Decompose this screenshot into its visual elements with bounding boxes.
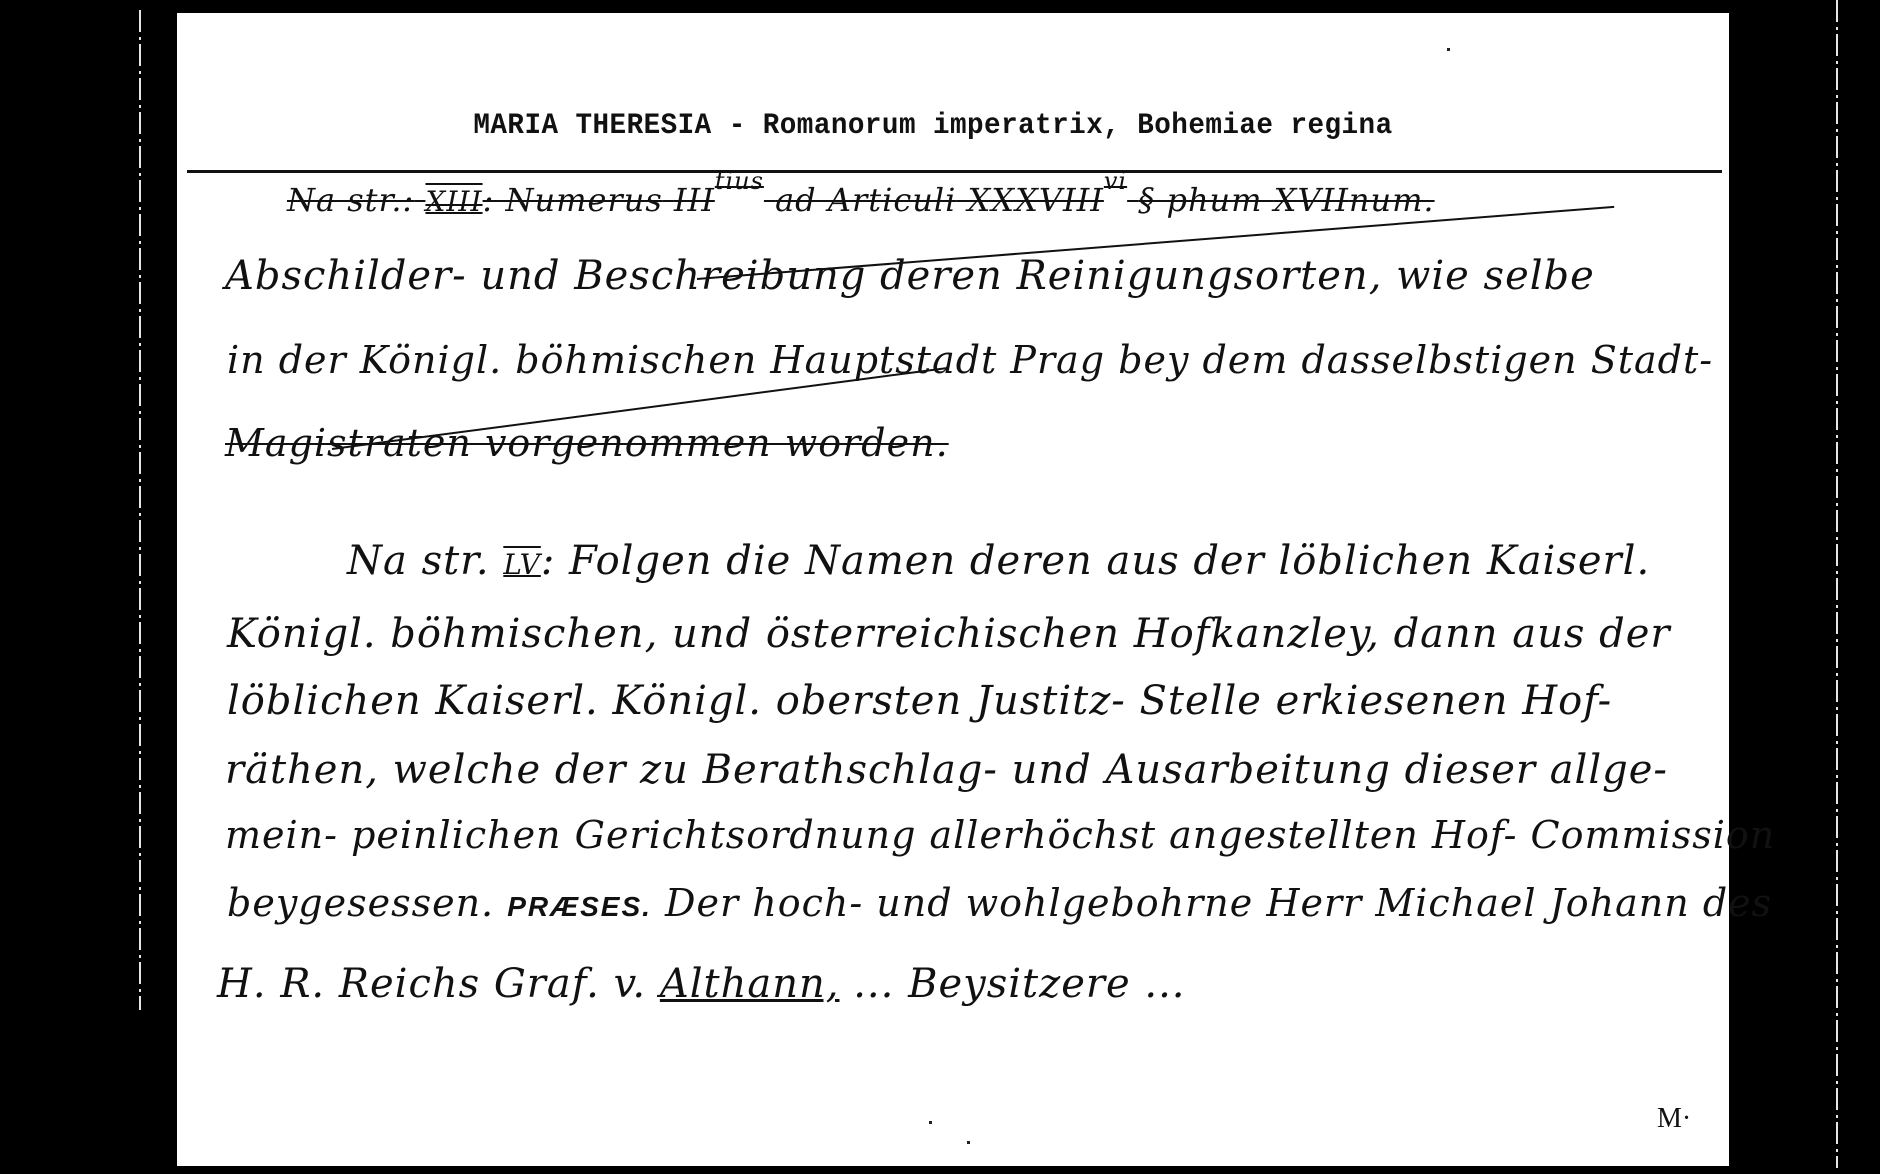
- praeses-label: PRÆSES.: [507, 891, 652, 922]
- page-reference-prefix: Na str.:: [287, 181, 414, 219]
- paragraph-1-line-1: Na str.: XIII: Numerus IIItius ad Articu…: [287, 181, 1435, 219]
- roman-numeral: XIII: [425, 185, 482, 218]
- line-text: ad Articuli: [775, 181, 956, 219]
- line-text: § phum: [1138, 181, 1262, 219]
- paragraph-2-line-4: räthen, welche der zu Berathschlag- und …: [225, 747, 1668, 793]
- line-text: beygesessen.: [227, 881, 494, 925]
- superscript: vi: [1104, 167, 1127, 195]
- scan-border-line-right: [1836, 0, 1838, 1168]
- superscript: tius: [715, 167, 764, 195]
- paragraph-2-line-7: H. R. Reichs Graf. v. Althann, ... Beysi…: [217, 961, 1186, 1007]
- line-text: H. R. Reichs Graf. v.: [217, 961, 646, 1007]
- paragraph-2-line-1: Na str. LV: Folgen die Namen deren aus d…: [347, 538, 1650, 584]
- line-text: : Folgen die Namen deren aus der löblich…: [541, 538, 1650, 584]
- roman-numeral: XXXVIII: [968, 181, 1104, 219]
- scan-border-line-left: [139, 10, 141, 1010]
- paragraph-1-line-3: in der Königl. böhmischen Hauptstadt Pra…: [227, 338, 1713, 382]
- line-text: num.: [1349, 181, 1435, 219]
- line-text: Der hoch- und wohlgebohrne Herr Michael …: [665, 881, 1772, 925]
- page-corner-mark: M·: [1657, 1103, 1691, 1135]
- roman-numeral: LV: [503, 548, 541, 581]
- paragraph-2-line-5: mein- peinlichen Gerichtsordnung allerhö…: [225, 813, 1775, 857]
- paragraph-2-line-2: Königl. böhmischen, und österreichischen…: [227, 611, 1671, 657]
- paragraph-2-line-6: beygesessen. PRÆSES. Der hoch- und wohlg…: [227, 881, 1772, 925]
- numeral: III: [674, 181, 715, 219]
- document-page: MARIA THERESIA - Romanorum imperatrix, B…: [177, 13, 1729, 1166]
- scan-speck: [967, 1141, 970, 1144]
- scan-speck: [1447, 48, 1450, 51]
- page-reference-prefix: Na str.: [347, 538, 490, 584]
- page-header-title: MARIA THERESIA - Romanorum imperatrix, B…: [237, 109, 1628, 143]
- underlined-name: Althann,: [660, 961, 840, 1007]
- header-rule: [187, 170, 1722, 173]
- paragraph-1-line-2: Abschilder- und Beschreibung deren Reini…: [225, 253, 1595, 299]
- paragraph-1-line-4: Magistraten vorgenommen worden.: [225, 421, 949, 465]
- line-text: : Numerus: [483, 181, 663, 219]
- roman-numeral: XVII: [1274, 181, 1349, 219]
- line-text: ... Beysitzere ...: [853, 961, 1185, 1007]
- paragraph-2-line-3: löblichen Kaiserl. Königl. obersten Just…: [227, 678, 1612, 724]
- scan-speck: [929, 1121, 932, 1124]
